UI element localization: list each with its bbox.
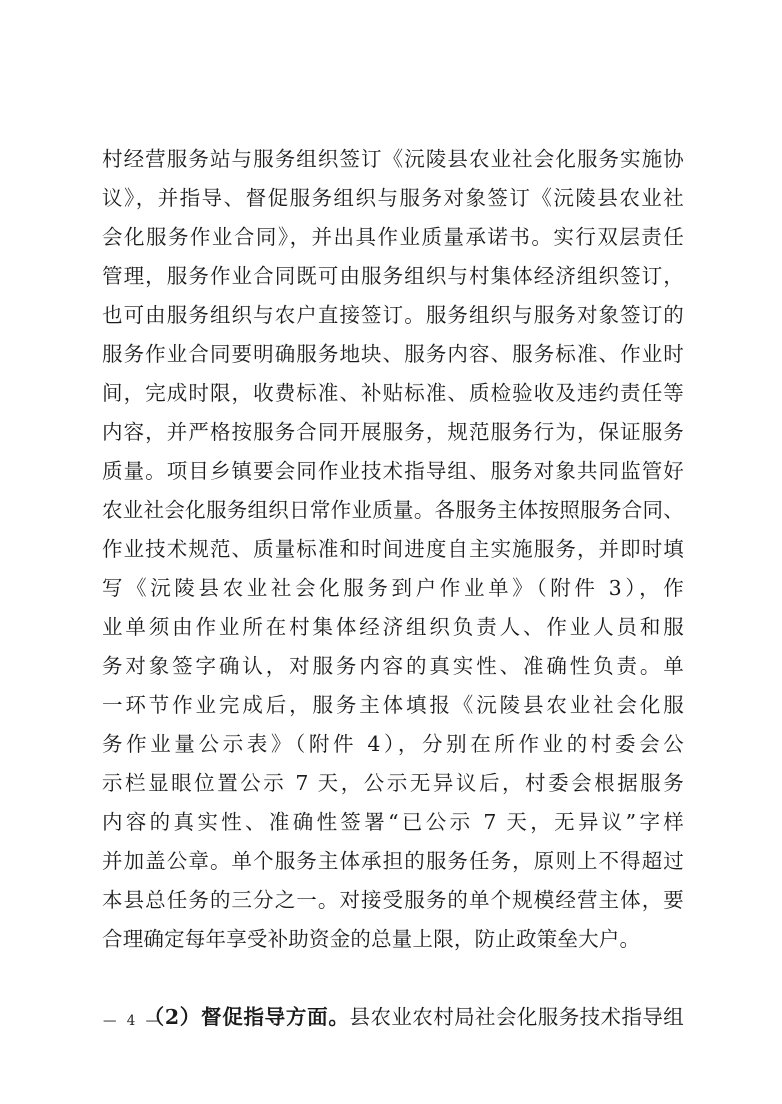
paragraph-2-text: 县农业农村局社会化服务技术指导组 (350, 1005, 684, 1029)
text-line: 业单须由作业所在村集体经济组织负责人、作业人员和服 (102, 608, 684, 647)
text-line: 服务作业合同要明确服务地块、服务内容、服务标准、作业时 (102, 335, 684, 374)
text-line: 并加盖公章。单个服务主体承担的服务任务，原则上不得超过 (102, 842, 684, 881)
paragraph-2: （2）督促指导方面。县农业农村局社会化服务技术指导组 (102, 959, 684, 998)
text-line: 务对象签字确认，对服务内容的真实性、准确性负责。单 (102, 647, 684, 686)
text-line: 间，完成时限，收费标准、补贴标准、质检验收及违约责任等 (102, 374, 684, 413)
text-line: 农业社会化服务组织日常作业质量。各服务主体按照服务合同、 (102, 491, 684, 530)
text-line: 质量。项目乡镇要会同作业技术指导组、服务对象共同监管好 (102, 452, 684, 491)
text-line: 示栏显眼位置公示 7 天，公示无异议后，村委会根据服务 (102, 764, 684, 803)
text-line: 也可由服务组织与农户直接签订。服务组织与服务对象签订的 (102, 296, 684, 335)
document-page: 村经营服务站与服务组织签订《沅陵县农业社会化服务实施协 议》，并指导、督促服务组… (0, 0, 782, 1104)
page-number: — 4 — (103, 1013, 162, 1029)
text-line: 管理，服务作业合同既可由服务组织与村集体经济组织签订， (102, 257, 684, 296)
text-line: 务作业量公示表》（附件 4），分别在所作业的村委会公 (102, 725, 684, 764)
text-line: 内容，并严格按服务合同开展服务，规范服务行为，保证服务 (102, 413, 684, 452)
text-line: 写《沅陵县农业社会化服务到户作业单》（附件 3），作 (102, 569, 684, 608)
text-line: 会化服务作业合同》，并出具作业质量承诺书。实行双层责任 (102, 218, 684, 257)
text-line: 作业技术规范、质量标准和时间进度自主实施服务，并即时填 (102, 530, 684, 569)
paragraph-2-heading: （2）督促指导方面。 (144, 1005, 350, 1029)
text-line: 议》，并指导、督促服务组织与服务对象签订《沅陵县农业社 (102, 179, 684, 218)
body-text: 村经营服务站与服务组织签订《沅陵县农业社会化服务实施协 议》，并指导、督促服务组… (102, 140, 684, 998)
text-line: 村经营服务站与服务组织签订《沅陵县农业社会化服务实施协 (102, 140, 684, 179)
text-line: 内容的真实性、准确性签署“已公示 7 天，无异议”字样 (102, 803, 684, 842)
text-line: 合理确定每年享受补助资金的总量上限，防止政策垒大户。 (102, 920, 684, 959)
text-line: 一环节作业完成后，服务主体填报《沅陵县农业社会化服 (102, 686, 684, 725)
text-line: 本县总任务的三分之一。对接受服务的单个规模经营主体，要 (102, 881, 684, 920)
